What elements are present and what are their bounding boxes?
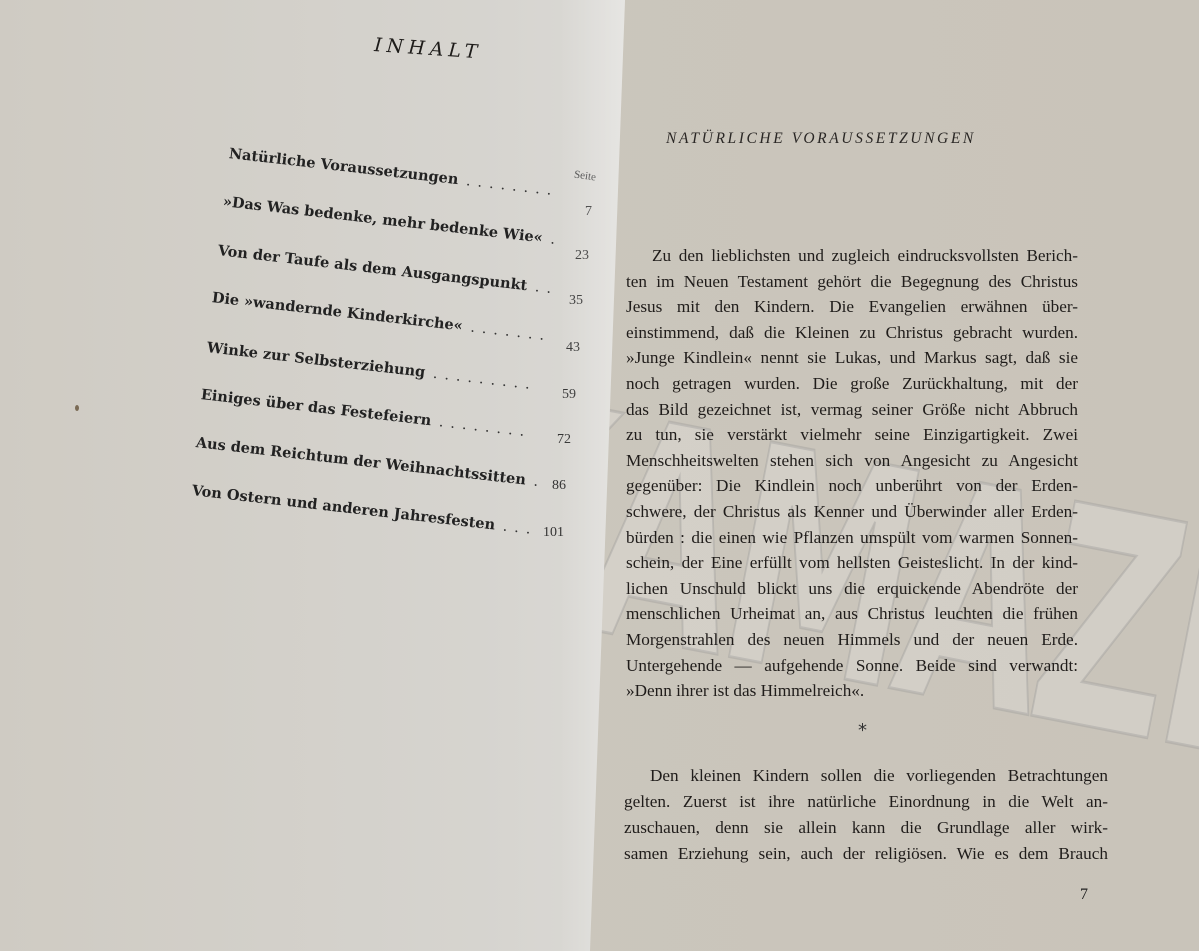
- text-line: noch getragen wurden. Die große Zurückha…: [626, 371, 1078, 397]
- page-number: 7: [1080, 886, 1088, 904]
- toc-entry-title: Aus dem Reichtum der Weihnachtssitten: [195, 434, 527, 488]
- text-line: einstimmend, daß die Kleinen zu Christus…: [626, 320, 1078, 346]
- text-line: »Junge Kindlein« nennt sie Lukas, und Ma…: [626, 345, 1078, 371]
- text-line: Zu den lieblichsten und zugleich eindruc…: [626, 243, 1078, 269]
- text-line: Morgenstrahlen des neuen Himmels und der…: [626, 627, 1078, 653]
- toc-entry-page: 86: [552, 478, 566, 494]
- text-line: zu tun, sie verstärkt vielmehr seine Ein…: [626, 422, 1078, 448]
- text-line: Menschheitswelten stehen sich von Angesi…: [626, 448, 1078, 474]
- toc-entry[interactable]: Aus dem Reichtum der Weihnachtssitten .: [195, 434, 546, 491]
- text-line: das Bild gezeichnet ist, vermag seiner G…: [626, 397, 1078, 423]
- toc-entry-page: 43: [566, 340, 580, 356]
- toc-entry[interactable]: Die »wandernde Kinderkirche« .......: [211, 289, 552, 345]
- text-line: zuschauen, denn sie allein kann die Grun…: [624, 815, 1108, 841]
- text-line: menschlichen Urheimat an, aus Christus l…: [626, 601, 1078, 627]
- text-line: lichen Unschuld blickt uns die erquicken…: [626, 576, 1078, 602]
- toc-entry-page: 72: [557, 432, 571, 448]
- chapter-title: NATÜRLICHE VORAUSSETZUNGEN: [666, 130, 976, 148]
- toc-leader-dots: .......: [470, 320, 553, 345]
- toc-entry[interactable]: Winke zur Selbsterziehung .........: [206, 339, 538, 393]
- toc-entry-page: 23: [575, 248, 589, 264]
- toc-entry[interactable]: »Das Was bedenke, mehr bedenke Wie« .: [222, 193, 563, 249]
- toc-entry-title: Einiges über das Festefeiern: [200, 386, 432, 429]
- text-line: schein, der Eine erfüllt vom hellsten Ge…: [626, 550, 1078, 576]
- toc-leader-dots: .: [533, 474, 546, 491]
- toc-entry-title: »Das Was bedenke, mehr bedenke Wie«: [222, 193, 544, 246]
- toc-entry-title: Die »wandernde Kinderkirche«: [211, 289, 464, 334]
- paragraph-2: Den kleinen Kindern sollen die vorliegen…: [624, 763, 1108, 867]
- toc-leader-dots: ..: [534, 279, 559, 298]
- text-line: schwere, der Christus als Kenner und Übe…: [626, 499, 1078, 525]
- toc-entry[interactable]: Von der Taufe als dem Ausgangspunkt ..: [217, 242, 559, 298]
- paper-stain: [75, 405, 79, 411]
- text-line: gegenüber: Die Kindlein noch unberührt v…: [626, 473, 1078, 499]
- toc-title: INHALT: [373, 34, 482, 63]
- text-line: samen Erziehung sein, auch der religiöse…: [624, 841, 1108, 867]
- text-line: Jesus mit den Kindern. Die Evangelien er…: [626, 294, 1078, 320]
- text-line: bürden : die einen wie Pflanzen umspült …: [626, 525, 1078, 551]
- toc-leader-dots: .........: [432, 366, 538, 394]
- page-column-label: Seite: [573, 169, 596, 184]
- section-separator-asterisk: *: [858, 720, 867, 741]
- toc-entry-page: 59: [562, 387, 576, 403]
- toc-entry-page: 35: [569, 293, 583, 309]
- toc-leader-dots: ........: [465, 173, 559, 199]
- text-line: »Denn ihrer ist das Himmelreich«.: [626, 678, 1078, 704]
- toc-entry-page: 101: [543, 525, 564, 541]
- text-line: gelten. Zuerst ist ihre natürliche Einor…: [624, 789, 1108, 815]
- toc-entry[interactable]: Von Ostern und anderen Jahresfesten ...: [191, 482, 539, 538]
- toc-leader-dots: .: [550, 231, 563, 248]
- text-line: ten im Neuen Testament gehört die Begegn…: [626, 269, 1078, 295]
- toc-leader-dots: ...: [502, 519, 538, 539]
- toc-entry-title: Natürliche Voraussetzungen: [228, 145, 459, 188]
- toc-entry-page: 7: [585, 204, 592, 220]
- toc-leader-dots: ........: [438, 414, 532, 440]
- text-line: Den kleinen Kindern sollen die vorliegen…: [624, 763, 1108, 789]
- text-line: Untergehende — aufgehende Sonne. Beide s…: [626, 653, 1078, 679]
- toc-entry-title: Von der Taufe als dem Ausgangspunkt: [217, 242, 528, 294]
- toc-entry[interactable]: Natürliche Voraussetzungen ........: [228, 145, 560, 199]
- toc-entry-title: Winke zur Selbsterziehung: [206, 339, 426, 381]
- paragraph-1: Zu den lieblichsten und zugleich eindruc…: [626, 243, 1078, 704]
- toc-entry-title: Von Ostern und anderen Jahresfesten: [191, 482, 496, 533]
- toc-entry[interactable]: Einiges über das Festefeiern ........: [200, 386, 532, 441]
